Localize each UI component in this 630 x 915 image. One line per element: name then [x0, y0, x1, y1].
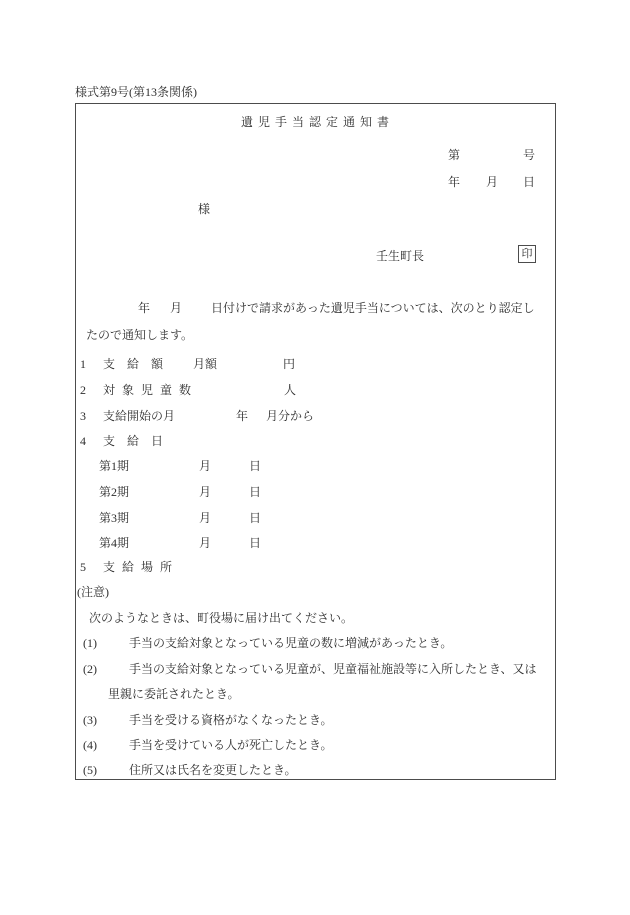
notes-intro: 次のようなときは、町役場に届け出てください。 [76, 611, 555, 625]
period2-day: 日 [249, 485, 261, 499]
page-title: 遺 児 手 当 認 定 通 知 書 [76, 115, 555, 129]
request-body-text: 日付けで請求があった遺児手当については、次のとり認定し [211, 301, 535, 315]
item-target-children: 2 対 象 児 童 数 人 [76, 383, 555, 397]
issue-date-month-label: 月 [486, 175, 498, 189]
note5-number: (5) [83, 763, 97, 777]
item1-monthly-label: 月額 [193, 357, 217, 371]
item3-number: 3 [80, 409, 86, 423]
period4-day: 日 [249, 536, 261, 550]
note3-number: (3) [83, 713, 97, 727]
doc-number-prefix: 第 [448, 148, 460, 162]
note2-number: (2) [83, 662, 97, 676]
period4-month: 月 [199, 536, 211, 550]
doc-number-suffix: 号 [523, 148, 535, 162]
note1-text: 手当の支給対象となっている児童の数に増減があったとき。 [129, 636, 452, 650]
item3-year-label: 年 [236, 409, 248, 423]
period3-label: 第3期 [99, 511, 129, 525]
seal-glyph: 印 [522, 248, 533, 260]
period-row-3: 第3期 月 日 [76, 511, 555, 525]
item3-month-from: 月分から [266, 409, 314, 423]
notes-heading: (注意) [76, 585, 555, 599]
note4-text: 手当を受けている人が死亡したとき。 [129, 738, 333, 752]
item3-label: 支給開始の月 [103, 409, 175, 423]
note-item-2-continued: 里親に委託されたとき。 [76, 687, 555, 701]
addressee-honorific: 様 [198, 202, 210, 216]
period-row-4: 第4期 月 日 [76, 536, 555, 550]
issuer-name: 壬生町長 [376, 249, 424, 263]
body-line-1: 年 月 日付けで請求があった遺児手当については、次のとり認定し [76, 301, 555, 315]
notes-heading-text: (注意) [77, 585, 109, 599]
note5-text: 住所又は氏名を変更したとき。 [129, 763, 297, 777]
period2-month: 月 [199, 485, 211, 499]
document-page: 様式第9号(第13条関係) 遺 児 手 当 認 定 通 知 書 第 号 年 月 … [0, 0, 630, 915]
item2-label: 対 象 児 童 数 [103, 383, 193, 397]
body-line-2: たので通知します。 [76, 328, 555, 342]
note3-text: 手当を受ける資格がなくなったとき。 [129, 713, 333, 727]
issue-date-year-label: 年 [448, 175, 460, 189]
item4-label: 支 給 日 [103, 434, 163, 448]
item1-label: 支 給 額 [103, 357, 163, 371]
note4-number: (4) [83, 738, 97, 752]
note-item-4: (4) 手当を受けている人が死亡したとき。 [76, 738, 555, 752]
request-year-label: 年 [138, 301, 150, 315]
item-payment-amount: 1 支 給 額 月額 円 [76, 357, 555, 371]
notes-intro-text: 次のようなときは、町役場に届け出てください。 [89, 611, 353, 625]
period1-day: 日 [249, 459, 261, 473]
seal-placeholder: 印 [518, 245, 536, 263]
note1-number: (1) [83, 636, 97, 650]
period-row-2: 第2期 月 日 [76, 485, 555, 499]
item1-number: 1 [80, 357, 86, 371]
item1-unit-yen: 円 [283, 357, 295, 371]
request-month-label: 月 [170, 301, 182, 315]
item-payment-place: 5 支 給 場 所 [76, 560, 555, 574]
body-line-2-text: たので通知します。 [86, 328, 193, 342]
item-payment-start: 3 支給開始の月 年 月分から [76, 409, 555, 423]
period3-month: 月 [199, 511, 211, 525]
period1-month: 月 [199, 459, 211, 473]
item-payment-days: 4 支 給 日 [76, 434, 555, 448]
addressee-line: 様 [76, 202, 555, 216]
doc-number-line: 第 号 [76, 148, 555, 162]
issue-date-day-label: 日 [523, 175, 535, 189]
issuer-line: 壬生町長 [76, 249, 555, 263]
item5-label: 支 給 場 所 [103, 560, 174, 574]
note2-text-continued: 里親に委託されたとき。 [108, 687, 240, 701]
notice-form-box: 遺 児 手 当 認 定 通 知 書 第 号 年 月 日 様 壬生町長 印 年 月… [75, 103, 556, 780]
period3-day: 日 [249, 511, 261, 525]
item2-number: 2 [80, 383, 86, 397]
note-item-3: (3) 手当を受ける資格がなくなったとき。 [76, 713, 555, 727]
item4-number: 4 [80, 434, 86, 448]
period-row-1: 第1期 月 日 [76, 459, 555, 473]
item2-unit-person: 人 [284, 383, 296, 397]
note-item-2: (2) 手当の支給対象となっている児童が、児童福祉施設等に入所したとき、又は [76, 662, 555, 676]
form-style-number: 様式第9号(第13条関係) [75, 83, 197, 100]
page-title-text: 遺 児 手 当 認 定 通 知 書 [241, 115, 390, 129]
item5-number: 5 [80, 560, 86, 574]
note-item-5: (5) 住所又は氏名を変更したとき。 [76, 763, 555, 777]
period4-label: 第4期 [99, 536, 129, 550]
note2-text: 手当の支給対象となっている児童が、児童福祉施設等に入所したとき、又は [129, 662, 537, 676]
period1-label: 第1期 [99, 459, 129, 473]
note-item-1: (1) 手当の支給対象となっている児童の数に増減があったとき。 [76, 636, 555, 650]
issue-date-line: 年 月 日 [76, 175, 555, 189]
period2-label: 第2期 [99, 485, 129, 499]
